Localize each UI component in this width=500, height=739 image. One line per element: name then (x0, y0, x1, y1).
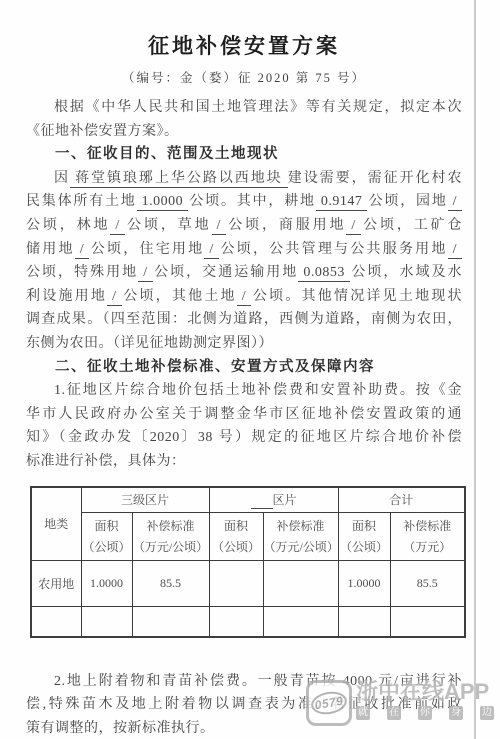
text-segment: 1.征地区片综合地价包括土地补偿费和安置补助费。按《金 (54, 383, 462, 398)
subheader-unit: （万元/公顷） (264, 537, 338, 558)
text-segment: 公顷，住宅用地 (89, 242, 204, 257)
text-segment: 公顷，草地 (125, 218, 212, 233)
underlined-value: / (346, 218, 360, 235)
underlined-value: 蒋堂镇琅琊上华公路以西地块 (70, 171, 288, 188)
section1-heading: 一、征收目的、范围及土地现状 (26, 143, 462, 167)
subheader-label: 面积 (210, 516, 263, 537)
underlined-value: 0.9147 (316, 194, 368, 211)
subheader-unit: （公顷） (210, 537, 263, 558)
document-page: 征地补偿安置方案 （编号：金（婺）征 2020 第 75 号） 根据《中华人民共… (0, 0, 500, 739)
subheader-label: 补偿标准 (391, 516, 465, 537)
subheader-label: 面积 (82, 516, 132, 537)
text-line: 1.征地区片综合地价包括土地补偿费和安置补助费。按《金 (26, 379, 462, 403)
table-subheader: 补偿标准（万元/公顷） (263, 513, 338, 561)
text-segment: 根据《中华人民共和国土地管理法》等有关规定，拟定本次 (54, 100, 462, 115)
text-segment: 公顷，特殊用地 (26, 265, 138, 280)
text-segment: 公顷。其中，耕地 (188, 194, 316, 209)
underlined-value: 1.0000 (137, 194, 189, 211)
table-subheader: 补偿标准（万元/公顷） (132, 513, 209, 561)
text-segment: 公顷，商服用地 (226, 218, 347, 233)
underlined-value: / (212, 218, 226, 235)
text-line: 公顷，林地/公顷，草地/公顷，商服用地/公顷，工矿仓 (26, 214, 462, 238)
subheader-label: 面积 (339, 516, 390, 537)
underlined-value: / (204, 242, 218, 259)
subheader-unit: （公顷） (339, 537, 390, 558)
text-segment: 公顷，交通运输用地 (153, 265, 299, 280)
text-segment: 区片 (273, 493, 297, 507)
underlined-value: / (138, 265, 152, 282)
cell-land-type: 农用地 (31, 561, 81, 607)
cell-land-type (31, 607, 81, 637)
page-edge-divider (474, 0, 476, 739)
underlined-value: / (75, 242, 89, 259)
underlined-value: 0.0853 (298, 265, 350, 282)
text-segment: 民集体所有土地 (26, 194, 137, 209)
cell-standard (390, 607, 465, 637)
text-line: 《征地补偿安置方案》。 (26, 120, 462, 144)
watermark: 0579 浙中在线APP 就在你身边 (306, 680, 494, 732)
cell-area (81, 607, 132, 637)
intro-paragraph: 根据《中华人民共和国土地管理法》等有关规定，拟定本次《征地补偿安置方案》。 (26, 96, 462, 143)
underlined-value: / (448, 242, 462, 259)
cell-standard: 85.5 (390, 561, 465, 607)
document-number: （编号：金（婺）征 2020 第 75 号） (26, 68, 462, 86)
text-segment: 利设施用地 (26, 289, 107, 304)
table-header-group1: 三级区片 (81, 487, 209, 513)
oval-ring-icon: 0579 (309, 689, 348, 717)
table-header-land-type: 地类 (31, 487, 81, 561)
watermark-badge-number: 0579 (314, 694, 345, 713)
section2-heading: 二、征收土地补偿标准、安置方式及保障内容 (26, 356, 462, 380)
table-subheader: 面积（公顷） (209, 513, 263, 561)
cell-area: 1.0000 (81, 561, 132, 607)
document-content: 征地补偿安置方案 （编号：金（婺）征 2020 第 75 号） 根据《中华人民共… (26, 26, 462, 739)
table-subheader: 面积（公顷） (81, 513, 132, 561)
table-header-group2: 区片 (209, 487, 338, 513)
watermark-tagline-char: 你 (418, 706, 432, 720)
compensation-table: 地类 三级区片 区片 合计 面积（公顷） 补偿标准（万元/公顷） 面积（公顷） … (30, 486, 466, 638)
text-line: 调查成果。（四至范围：北侧为道路，西侧为道路，南侧为农田， (26, 308, 462, 332)
text-segment: 知》（金政办发〔2020〕38 号）规定的征地区片综合地价补偿 (26, 430, 462, 445)
text-segment: 公顷，公共管理与公共服务用地 (219, 242, 448, 257)
subheader-unit: （万元/公顷） (133, 537, 209, 558)
cell-standard (263, 607, 338, 637)
text-segment: 储用地 (26, 242, 75, 257)
table-header-group3: 合计 (338, 487, 465, 513)
underlined-value (251, 493, 273, 509)
text-line: 因蒋堂镇琅琊上华公路以西地块建设需要，需征开化村农 (26, 167, 462, 191)
text-segment: 策有调整的，按新标准执行。 (26, 721, 215, 736)
watermark-tagline-char: 在 (387, 706, 401, 720)
section1-paragraph: 因蒋堂镇琅琊上华公路以西地块建设需要，需征开化村农民集体所有土地1.0000公顷… (26, 167, 462, 356)
text-line: 利设施用地/公顷，其他土地/公顷。其他情况详见土地现状 (26, 285, 462, 309)
cell-area (338, 607, 390, 637)
cell-area (209, 561, 263, 607)
text-segment: 公顷，其他土地 (122, 289, 237, 304)
subheader-unit: （公顷） (82, 537, 132, 558)
underlined-value: / (237, 289, 251, 306)
watermark-tagline-char: 边 (480, 706, 494, 720)
watermark-tagline-char: 身 (449, 706, 463, 720)
text-line: 标准进行补偿，具体为： (26, 450, 462, 474)
text-line: 知》（金政办发〔2020〕38 号）规定的征地区片综合地价补偿 (26, 426, 462, 450)
text-segment: 标准进行补偿，具体为： (26, 454, 186, 469)
cell-area: 1.0000 (338, 561, 390, 607)
underlined-value: / (110, 218, 124, 235)
table-row (31, 607, 465, 637)
text-segment: 调查成果。（四至范围：北侧为道路，西侧为道路，南侧为农田， (26, 312, 462, 327)
text-line: 根据《中华人民共和国土地管理法》等有关规定，拟定本次 (26, 96, 462, 120)
cell-standard (132, 607, 209, 637)
text-segment: 公顷，林地 (26, 218, 110, 233)
watermark-tagline-char: 就 (356, 706, 370, 720)
subheader-label: 补偿标准 (264, 516, 338, 537)
text-segment: 公顷，园地 (367, 194, 447, 209)
text-segment: 华市人民政府办公室关于调整金华市区征地补偿安置政策的通 (26, 407, 462, 422)
text-line: 东侧为农田。（详见征地勘测定界图）） (26, 332, 462, 356)
subheader-label: 补偿标准 (133, 516, 209, 537)
text-line: 华市人民政府办公室关于调整金华市区征地补偿安置政策的通 (26, 403, 462, 427)
text-segment: 公顷，水域及水 (350, 265, 462, 280)
table-subheader: 面积（公顷） (338, 513, 390, 561)
text-segment: 公顷，工矿仓 (361, 218, 462, 233)
cell-standard (263, 561, 338, 607)
document-title: 征地补偿安置方案 (26, 30, 462, 60)
text-segment: 建设需要，需征开化村农 (288, 171, 462, 186)
underlined-value: / (107, 289, 121, 306)
text-segment: 公顷。其他情况详见土地现状 (251, 289, 462, 304)
cell-standard: 85.5 (132, 561, 209, 607)
text-segment: 东侧为农田。（详见征地勘测定界图）） (26, 336, 273, 351)
table-subheader: 补偿标准（万元） (390, 513, 465, 561)
text-segment: 因 (54, 171, 70, 186)
text-segment: 《征地补偿安置方案》。 (26, 124, 179, 139)
underlined-value: / (448, 194, 462, 211)
subheader-unit: （万元） (391, 537, 465, 558)
table-row: 农用地 1.0000 85.5 1.0000 85.5 (31, 561, 465, 607)
cell-area (209, 607, 263, 637)
watermark-0579-badge-icon: 0579 (306, 680, 352, 726)
section2-paragraph: 1.征地区片综合地价包括土地补偿费和安置补助费。按《金华市人民政府办公室关于调整… (26, 379, 462, 473)
text-line: 民集体所有土地1.0000公顷。其中，耕地0.9147公顷，园地/ (26, 190, 462, 214)
text-line: 储用地/公顷，住宅用地/公顷，公共管理与公共服务用地/ (26, 238, 462, 262)
text-line: 公顷，特殊用地/公顷，交通运输用地0.0853公顷，水域及水 (26, 261, 462, 285)
